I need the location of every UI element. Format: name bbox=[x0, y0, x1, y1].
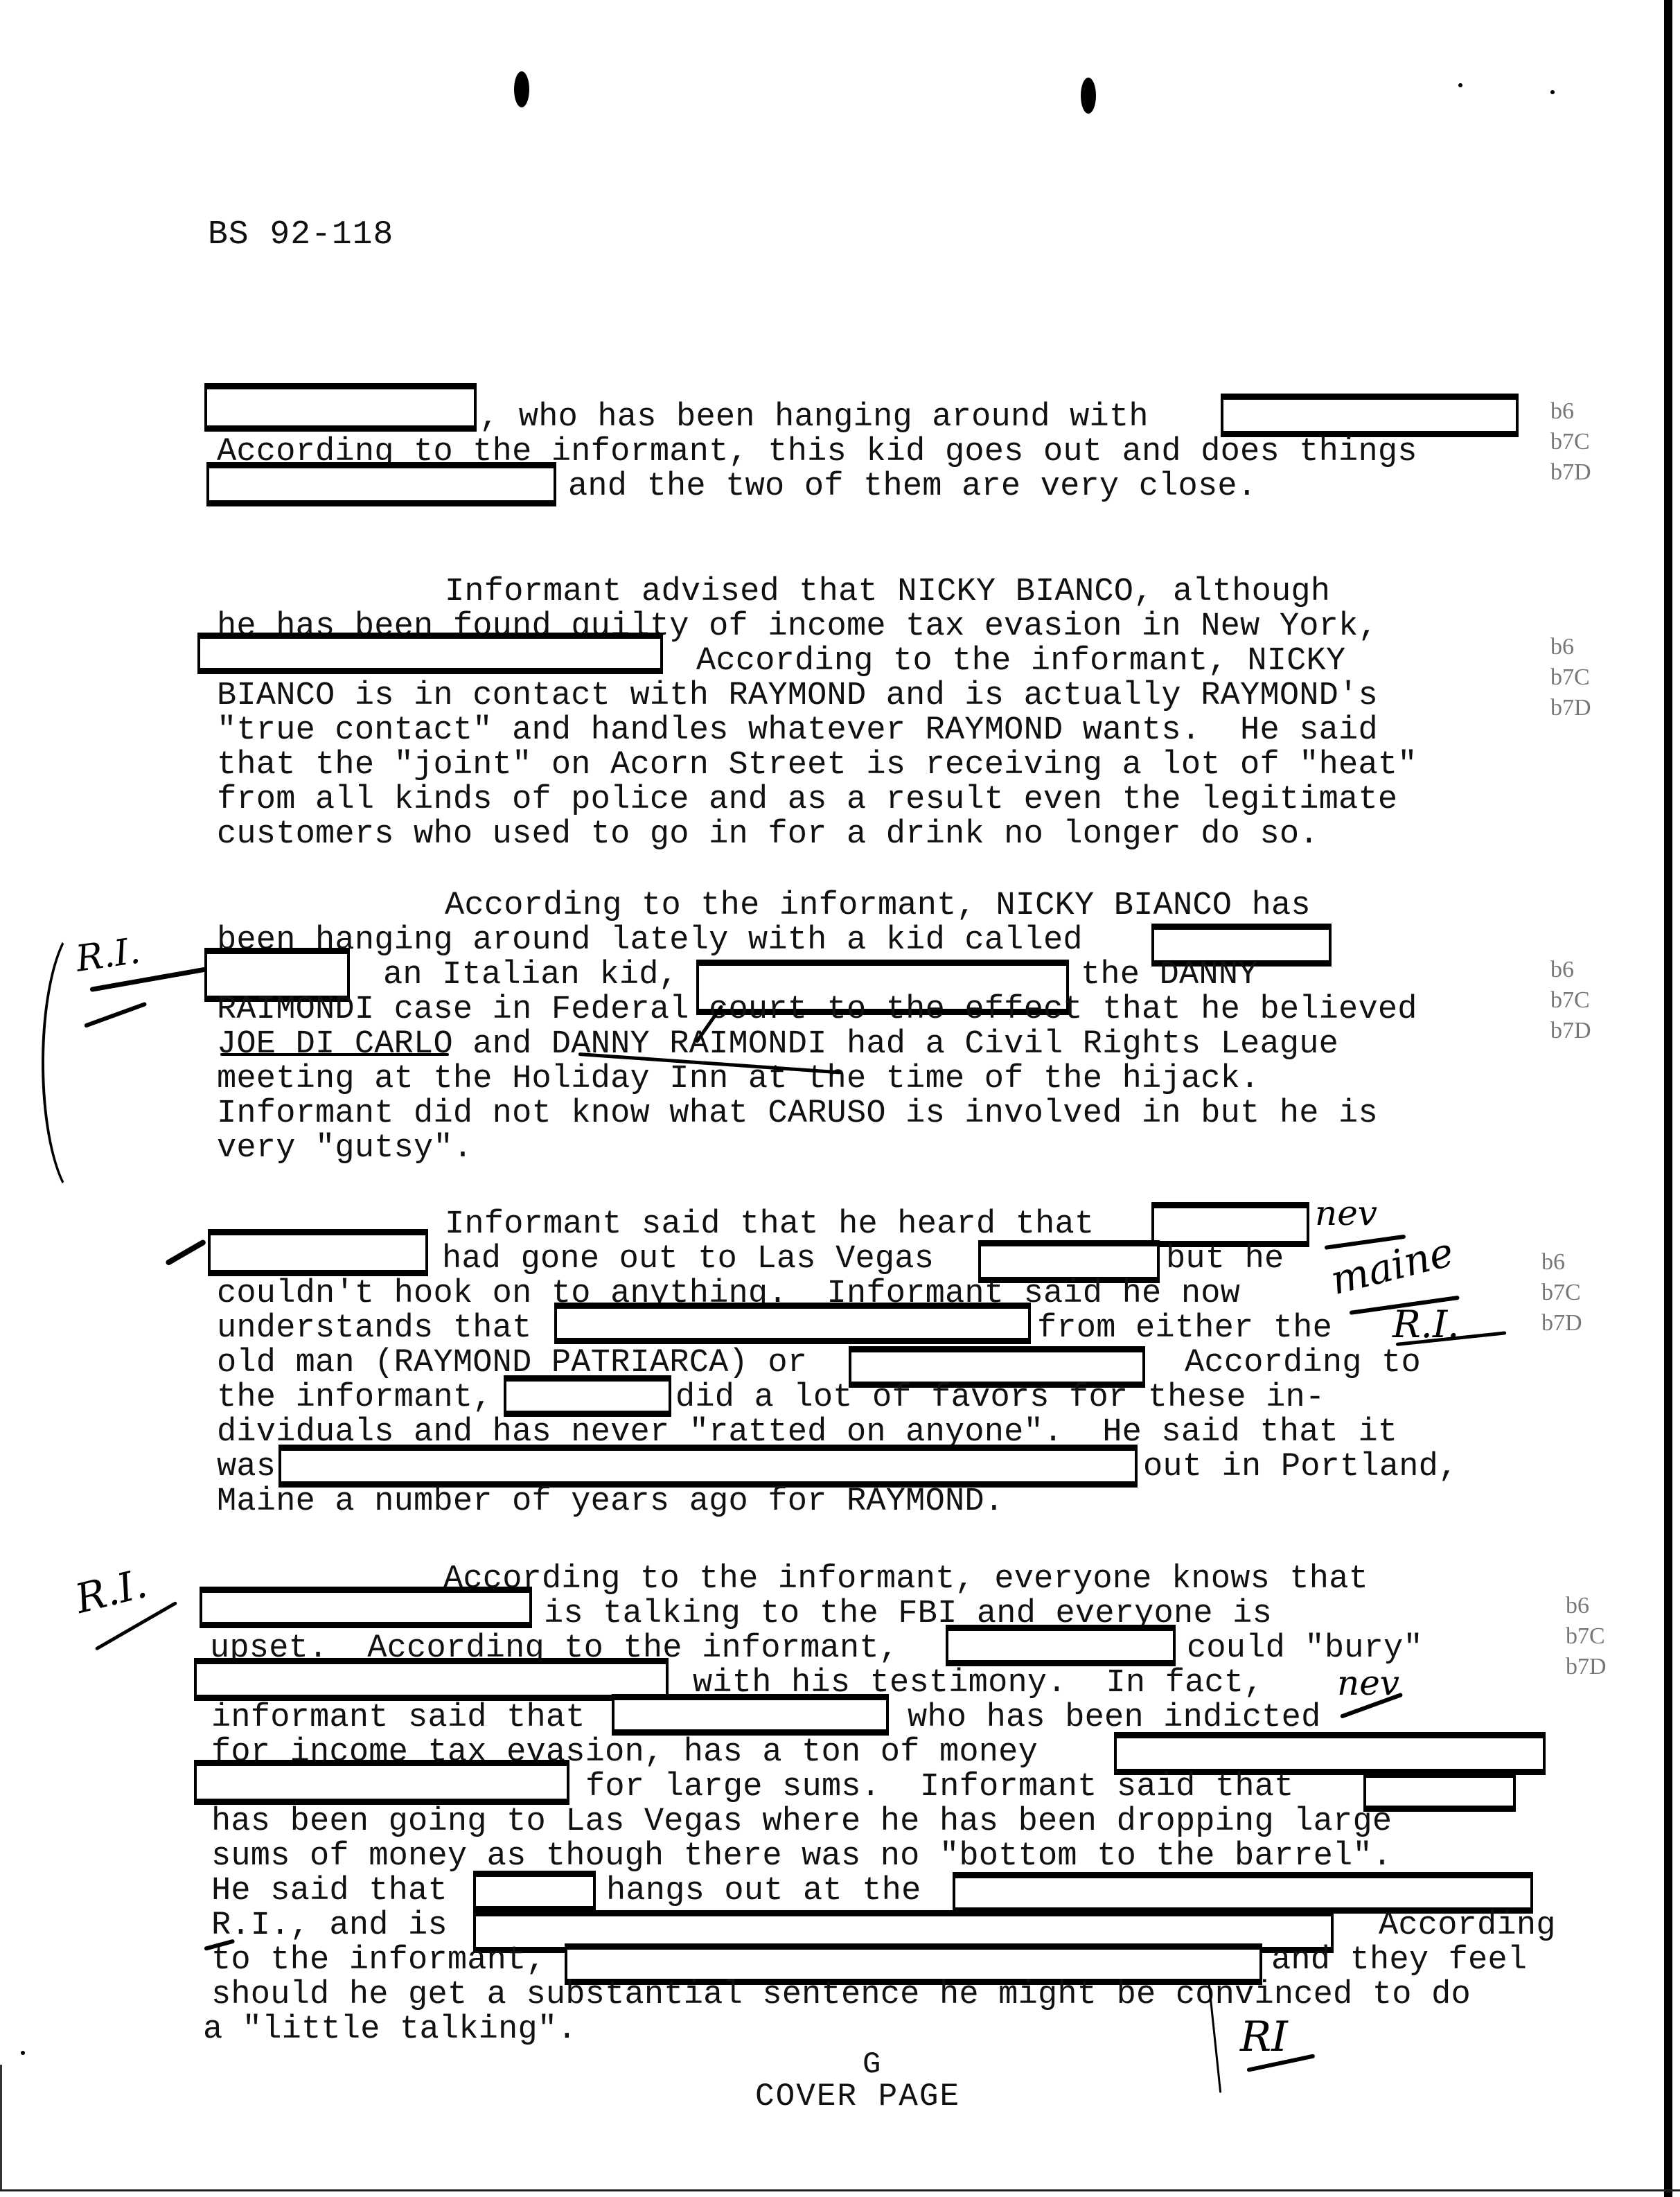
scan-speck bbox=[1458, 83, 1462, 87]
exemption-code-b7c: b7C bbox=[1566, 1621, 1607, 1652]
exemption-codes: b6 b7C b7D bbox=[1566, 1591, 1607, 1682]
text-line: and they feel bbox=[1271, 1943, 1527, 1978]
exemption-code-b7d: b7D bbox=[1550, 1016, 1591, 1046]
text-line: the informant, bbox=[217, 1381, 493, 1415]
text-line: but he bbox=[1166, 1242, 1284, 1277]
redaction-box bbox=[473, 1871, 596, 1912]
file-number: BS 92-118 bbox=[208, 216, 394, 254]
text-line: has been going to Las Vegas where he has… bbox=[211, 1805, 1392, 1839]
redaction-box bbox=[504, 1375, 671, 1417]
handwritten-underline bbox=[220, 1053, 449, 1056]
exemption-code-b7d: b7D bbox=[1550, 693, 1591, 723]
exemption-code-b7d: b7D bbox=[1550, 457, 1591, 488]
text-line: that the "joint" on Acorn Street is rece… bbox=[217, 748, 1417, 783]
punch-hole-left bbox=[514, 71, 529, 107]
exemption-codes: b6 b7C b7D bbox=[1550, 632, 1591, 723]
handwritten-arrow-stroke bbox=[165, 1239, 206, 1266]
text-line: from all kinds of police and as a result… bbox=[217, 783, 1397, 818]
text-line: from either the bbox=[1037, 1312, 1332, 1346]
exemption-code-b6: b6 bbox=[1566, 1591, 1607, 1621]
text-line: was bbox=[217, 1450, 276, 1485]
handwritten-bracket-arc bbox=[42, 921, 127, 1204]
text-line: BIANCO is in contact with RAYMOND and is… bbox=[217, 679, 1378, 714]
text-line: should he get a substantial sentence he … bbox=[211, 1978, 1471, 2013]
scan-speck bbox=[21, 2051, 25, 2055]
handwritten-ri-note: R.I. bbox=[71, 1560, 152, 1623]
exemption-code-b6: b6 bbox=[1550, 632, 1591, 662]
redaction-box bbox=[946, 1625, 1176, 1666]
redaction-box bbox=[206, 462, 556, 506]
text-line: Informant advised that NICKY BIANCO, alt… bbox=[445, 575, 1330, 610]
scan-edge-bottom bbox=[0, 2189, 1680, 2191]
redaction-box bbox=[194, 1760, 569, 1805]
text-line: had gone out to Las Vegas bbox=[442, 1242, 934, 1277]
text-line: According to the informant, NICKY BIANCO… bbox=[445, 889, 1311, 924]
text-line: the DANNY bbox=[1081, 958, 1258, 993]
text-line: a "little talking". bbox=[203, 2013, 577, 2047]
exemption-code-b7c: b7C bbox=[1541, 1278, 1582, 1308]
scan-edge-left bbox=[0, 2065, 2, 2189]
exemption-code-b6: b6 bbox=[1550, 955, 1591, 985]
text-line: informant said that bbox=[211, 1701, 585, 1736]
text-line: very "gutsy". bbox=[217, 1131, 472, 1166]
text-line: According to the informant, everyone kno… bbox=[443, 1562, 1368, 1597]
text-line: an Italian kid, bbox=[383, 958, 678, 993]
text-line: According to the informant, NICKY bbox=[696, 644, 1345, 679]
redaction-box bbox=[278, 1445, 1138, 1488]
redaction-box bbox=[204, 383, 477, 432]
text-line: , who has been hanging around with bbox=[479, 400, 1149, 435]
text-line: Maine a number of years ago for RAYMOND. bbox=[217, 1485, 1004, 1519]
exemption-code-b7c: b7C bbox=[1550, 662, 1591, 693]
exemption-codes: b6 b7C b7D bbox=[1550, 955, 1591, 1046]
redaction-box bbox=[554, 1303, 1031, 1344]
text-line: out in Portland, bbox=[1143, 1450, 1458, 1485]
redaction-box bbox=[200, 1587, 532, 1628]
text-line: He said that bbox=[211, 1874, 448, 1909]
text-line: for large sums. Informant said that bbox=[585, 1770, 1294, 1805]
text-line: According bbox=[1379, 1909, 1556, 1943]
handwritten-nev-note: nev bbox=[1315, 1193, 1377, 1233]
exemption-code-b7c: b7C bbox=[1550, 427, 1591, 457]
text-line: According to bbox=[1185, 1346, 1421, 1381]
text-line: sums of money as though there was no "bo… bbox=[211, 1839, 1392, 1874]
cover-page-label: COVER PAGE bbox=[755, 2079, 960, 2115]
text-line: Informant said that he heard that bbox=[445, 1208, 1094, 1242]
redaction-box bbox=[194, 1658, 669, 1701]
text-line: hangs out at the bbox=[606, 1874, 921, 1909]
exemption-code-b7d: b7D bbox=[1541, 1308, 1582, 1339]
exemption-codes: b6 b7C b7D bbox=[1541, 1247, 1582, 1339]
text-line: RAIMONDI case in Federal court to the ef… bbox=[217, 993, 1417, 1027]
exemption-code-b6: b6 bbox=[1541, 1247, 1582, 1278]
text-line: could "bury" bbox=[1187, 1632, 1423, 1666]
redaction-box bbox=[208, 1229, 428, 1276]
scan-edge-right bbox=[1664, 0, 1672, 2197]
punch-hole-right bbox=[1081, 78, 1096, 114]
exemption-code-b6: b6 bbox=[1550, 396, 1591, 427]
text-line: JOE DI CARLO and DANNY RAIMONDI had a Ci… bbox=[217, 1027, 1338, 1062]
redaction-box bbox=[612, 1694, 889, 1736]
handwritten-ri-note: RI bbox=[1240, 2013, 1288, 2061]
scan-speck bbox=[1550, 90, 1555, 94]
exemption-code-b7c: b7C bbox=[1550, 985, 1591, 1016]
page-letter: G bbox=[863, 2047, 881, 2082]
text-line: did a lot of favors for these in- bbox=[675, 1381, 1325, 1415]
text-line: understands that bbox=[217, 1312, 531, 1346]
text-line: customers who used to go in for a drink … bbox=[217, 818, 1319, 852]
text-line: and the two of them are very close. bbox=[568, 470, 1257, 504]
text-line: meeting at the Holiday Inn at the time o… bbox=[217, 1062, 1259, 1097]
exemption-code-b7d: b7D bbox=[1566, 1652, 1607, 1682]
text-line: who has been indicted bbox=[908, 1701, 1321, 1736]
exemption-codes: b6 b7C b7D bbox=[1550, 396, 1591, 488]
document-page: BS 92-118 , who has been hanging around … bbox=[0, 0, 1680, 2197]
text-line: Informant did not know what CARUSO is in… bbox=[217, 1097, 1378, 1131]
redaction-box bbox=[197, 633, 663, 674]
text-line: R.I., and is bbox=[211, 1909, 448, 1943]
redaction-box bbox=[1221, 394, 1519, 437]
text-line: to the informant, bbox=[211, 1943, 546, 1978]
text-line: "true contact" and handles whatever RAYM… bbox=[217, 714, 1378, 748]
